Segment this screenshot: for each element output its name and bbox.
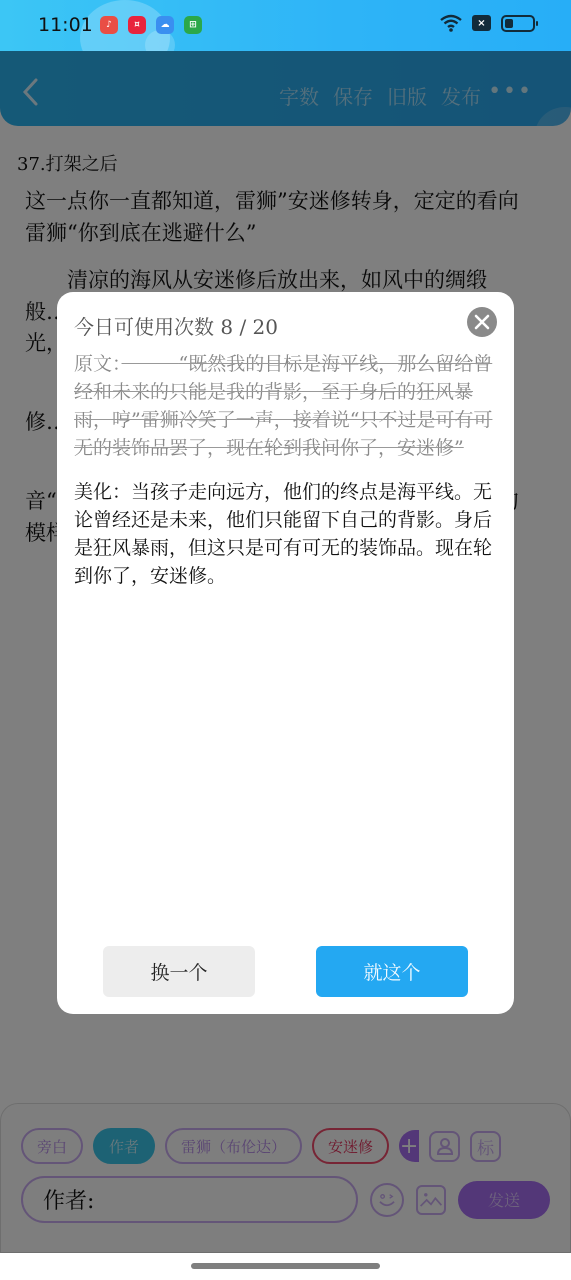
ai-beautify-dialog: 今日可使用次数 8 / 20 原文： “既然我的目标是海平线，那么留给曾经和未来… bbox=[57, 292, 514, 1014]
battery-icon bbox=[501, 15, 535, 32]
no-sim-icon: × bbox=[472, 15, 491, 31]
original-indent bbox=[122, 353, 179, 375]
dialog-actions: 换一个 就这个 bbox=[103, 946, 468, 997]
store-app-icon: ⊞ bbox=[184, 16, 202, 34]
notification-icons: ♪ ¤ ☁ ⊞ bbox=[100, 16, 202, 34]
news-app-icon: ¤ bbox=[128, 16, 146, 34]
regenerate-button[interactable]: 换一个 bbox=[103, 946, 255, 997]
close-icon bbox=[467, 307, 497, 337]
navigation-bar bbox=[0, 1253, 571, 1280]
status-time: 11:01 bbox=[38, 14, 93, 36]
dialog-body: 原文： “既然我的目标是海平线，那么留给曾经和未来的只能是我的背影，至于身后的狂… bbox=[74, 350, 497, 590]
accept-button[interactable]: 就这个 bbox=[316, 946, 468, 997]
beautified-text: 当孩子走向远方，他们的终点是海平线。无论曾经还是未来，他们只能留下自己的背影。身… bbox=[74, 481, 492, 587]
close-button[interactable] bbox=[467, 307, 497, 337]
music-app-icon: ♪ bbox=[100, 16, 118, 34]
beautified-label: 美化： bbox=[74, 481, 131, 503]
status-bar: 11:01 ♪ ¤ ☁ ⊞ × bbox=[0, 0, 571, 51]
usage-count-title: 今日可使用次数 8 / 20 bbox=[74, 311, 278, 340]
home-indicator[interactable] bbox=[191, 1263, 380, 1269]
beautified-text-block: 美化：当孩子走向远方，他们的终点是海平线。无论曾经还是未来，他们只能留下自己的背… bbox=[74, 478, 497, 590]
status-indicators: × bbox=[440, 14, 535, 32]
original-label: 原文： bbox=[74, 353, 122, 375]
wifi-icon bbox=[440, 14, 462, 32]
original-text-block: 原文： “既然我的目标是海平线，那么留给曾经和未来的只能是我的背影，至于身后的狂… bbox=[74, 350, 497, 462]
weather-app-icon: ☁ bbox=[156, 16, 174, 34]
